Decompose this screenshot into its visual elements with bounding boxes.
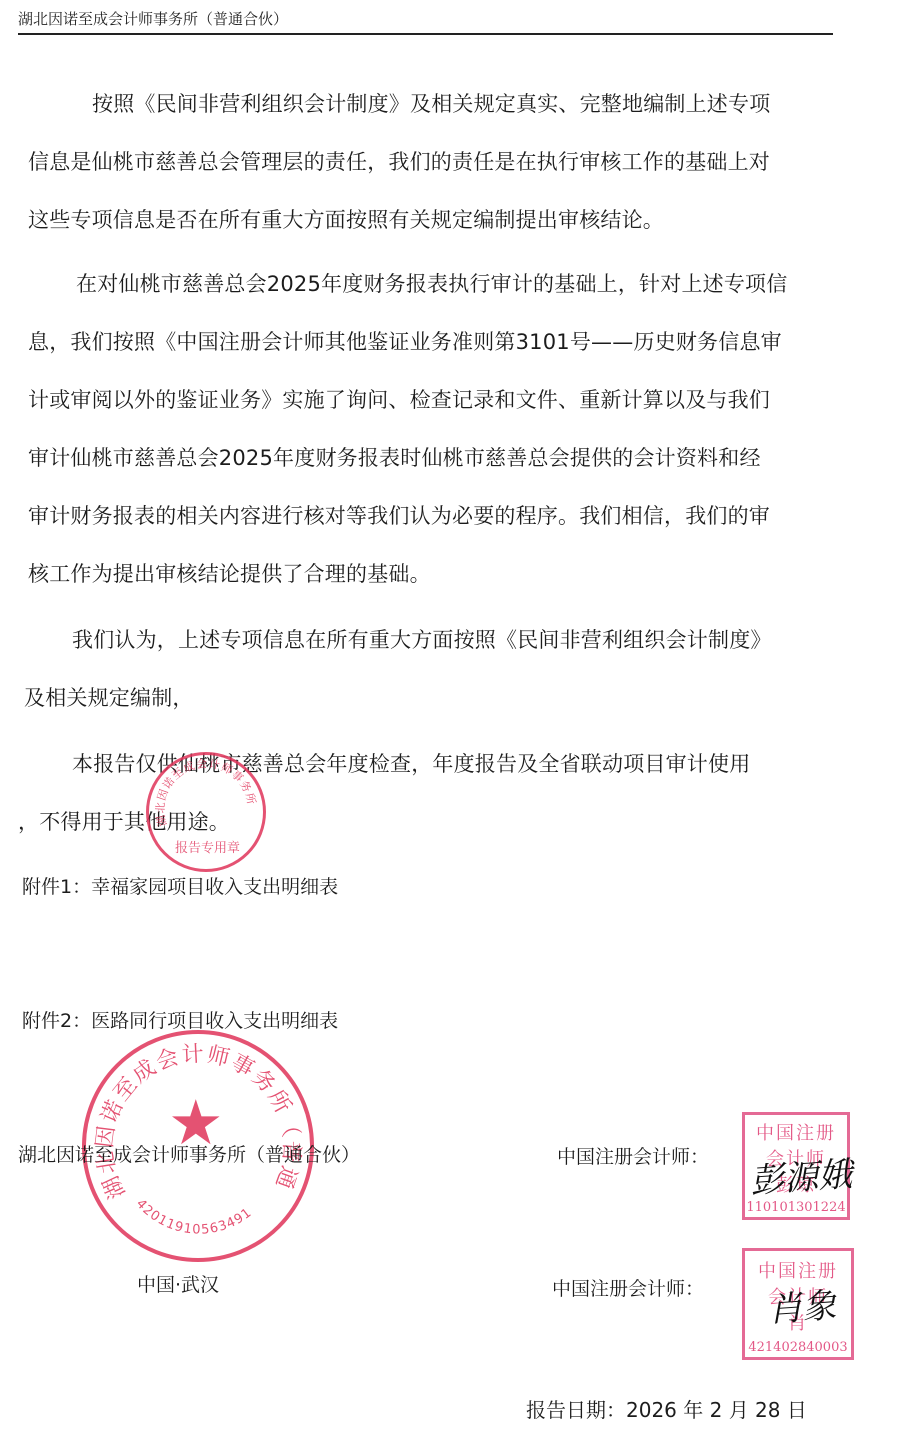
text-line: 计或审阅以外的鉴证业务》实施了询问、检查记录和文件、重新计算以及与我们 — [28, 384, 770, 414]
text-line: 及相关规定编制， — [24, 682, 194, 712]
text-line: 按照《民间非营利组织会计制度》及相关规定真实、完整地编制上述专项 — [92, 88, 770, 118]
text-line: 审计财务报表的相关内容进行核对等我们认为必要的程序。我们相信，我们的审 — [28, 500, 770, 530]
text-line: 审计仙桃市慈善总会2025年度财务报表时仙桃市慈善总会提供的会计资料和经 — [28, 442, 761, 472]
text-line: 息，我们按照《中国注册会计师其他鉴证业务准则第3101号——历史财务信息审 — [28, 326, 782, 356]
text-line: 我们认为，上述专项信息在所有重大方面按照《民间非营利组织会计制度》 — [72, 624, 772, 654]
seal-row: 中国注册 — [745, 1257, 851, 1283]
seal-center-text: 报告专用章 — [175, 837, 240, 856]
cpa-1-label: 中国注册会计师： — [557, 1142, 709, 1169]
attachment-1-link[interactable]: 附件1：幸福家园项目收入支出明细表 — [22, 872, 338, 899]
cpa-2-signature: 肖象 — [766, 1278, 837, 1332]
text-line: 信息是仙桃市慈善总会管理层的责任，我们的责任是在执行审核工作的基础上对 — [28, 146, 770, 176]
attachment-2-link[interactable]: 附件2：医路同行项目收入支出明细表 — [22, 1006, 338, 1033]
cpa-1-signature: 彭源娥 — [748, 1147, 853, 1203]
svg-text:湖北因诺至成会计师事务所: 湖北因诺至成会计师事务所 — [153, 756, 258, 828]
report-seal-stamp: 湖北因诺至成会计师事务所 报告专用章 — [146, 752, 266, 872]
seal-number: 421402840003 — [745, 1340, 851, 1355]
text-line: 这些专项信息是否在所有重大方面按照有关规定编制提出审核结论。 — [28, 204, 664, 234]
header-divider — [18, 33, 833, 35]
signoff-firm-name: 湖北因诺至成会计师事务所（普通合伙） — [18, 1140, 360, 1167]
letterhead-firm-name: 湖北因诺至成会计师事务所（普通合伙） — [18, 8, 288, 29]
cpa-2-label: 中国注册会计师： — [552, 1274, 704, 1301]
seal-row: 中国注册 — [745, 1119, 847, 1145]
report-date: 报告日期：2026 年 2 月 28 日 — [526, 1394, 807, 1423]
text-line: 在对仙桃市慈善总会2025年度财务报表执行审计的基础上，针对上述专项信 — [76, 268, 787, 298]
svg-text:4201191056349​1: 4201191056349​1 — [133, 1196, 255, 1237]
signoff-location: 中国·武汉 — [137, 1270, 219, 1297]
seal-number: 110101301224 — [745, 1200, 847, 1215]
text-line: 核工作为提出审核结论提供了合理的基础。 — [28, 558, 431, 588]
